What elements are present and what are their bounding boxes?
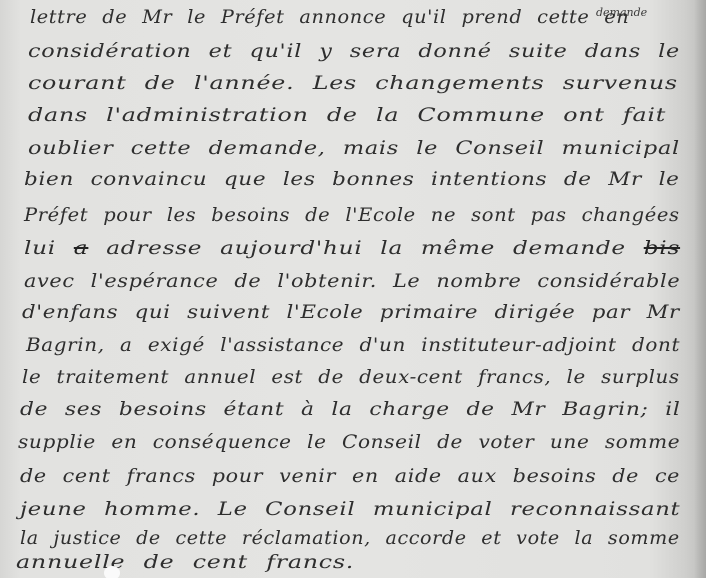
text-line-8: lui a adresse aujourd'hui la même demand… <box>24 237 680 259</box>
line-text: adresse aujourd'hui la même demande <box>106 237 626 259</box>
text-line-11: Bagrin, a exigé l'assistance d'un instit… <box>26 334 680 356</box>
text-line-13: de ses besoins étant à la charge de Mr B… <box>20 398 681 420</box>
text-line-18: annuelle de cent francs. <box>16 551 354 573</box>
struck-word: bis <box>644 237 680 259</box>
line-text: lettre de Mr le Préfet annonce qu'il pre… <box>30 6 589 28</box>
struck-word: a <box>74 237 89 259</box>
text-line-10: d'enfans qui suivent l'Ecole primaire di… <box>22 301 680 323</box>
text-line-7: Préfet pour les besoins de l'Ecole ne so… <box>24 204 680 226</box>
line-tail: en <box>604 6 629 28</box>
text-line-14: supplie en conséquence le Conseil de vot… <box>18 431 680 453</box>
text-line-2: considération et qu'il y sera donné suit… <box>28 40 680 62</box>
text-line-12: le traitement annuel est de deux-cent fr… <box>22 366 680 388</box>
text-line-17: la justice de cette réclamation, accorde… <box>20 527 680 549</box>
text-line-5: oublier cette demande, mais le Conseil m… <box>28 137 680 159</box>
text-line-3: courant de l'année. Les changements surv… <box>28 72 678 94</box>
paper-blotch <box>104 566 120 578</box>
text-line-6: bien convaincu que les bonnes intentions… <box>24 168 680 190</box>
text-line-16: jeune homme. Le Conseil municipal reconn… <box>20 498 680 520</box>
text-line-15: de cent francs pour venir en aide aux be… <box>20 465 680 487</box>
page-edge-shadow <box>694 0 706 578</box>
manuscript-page: demande lettre de Mr le Préfet annonce q… <box>0 0 706 578</box>
line-prefix: lui <box>24 237 56 259</box>
text-line-4: dans l'administration de la Commune ont … <box>28 104 666 126</box>
text-line-9: avec l'espérance de l'obtenir. Le nombre… <box>24 270 680 292</box>
text-line-1: lettre de Mr le Préfet annonce qu'il pre… <box>30 6 680 28</box>
